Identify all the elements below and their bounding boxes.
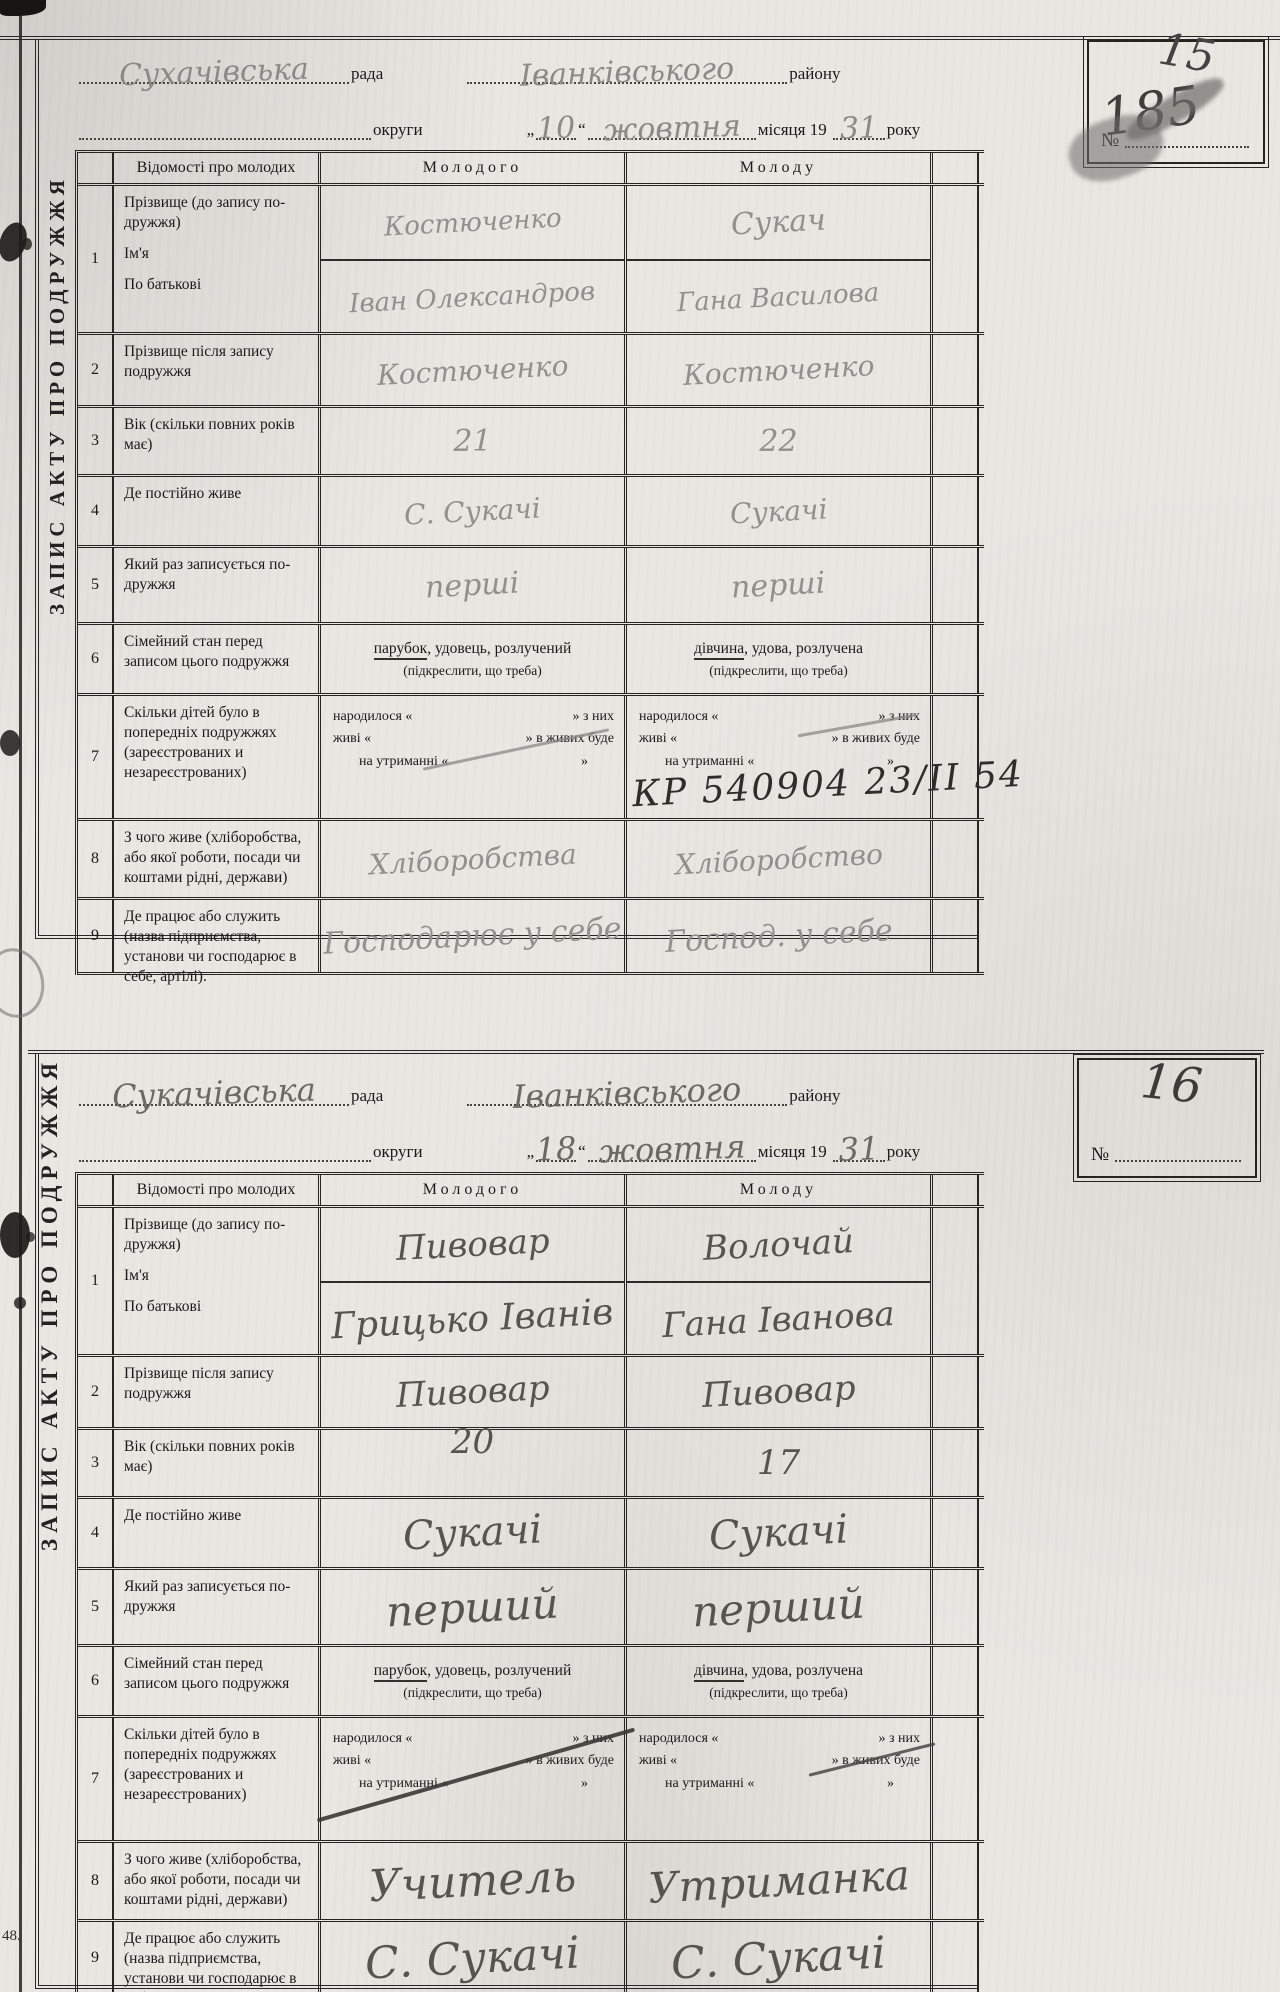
year-value: 31 [838,1129,880,1168]
record-number-box: № 16 [1077,1058,1257,1178]
bride-marital-status: дівчина, удова, розлучена (підкреслити, … [627,1647,933,1715]
row-number: 9 [78,900,114,972]
open-quote: „ [525,1142,537,1162]
groom-name-patronymic: Іван Олександров [349,276,596,319]
close-quote: “ [576,120,588,140]
row-label: Де постійно живе [114,477,321,545]
rada-value: Сухачівська [119,52,310,94]
row-label: Прізвище (до запису по-дружжя) Ім'я По б… [114,186,321,332]
rada-blank: Сухачівська [79,62,349,84]
row-label: Який раз записується по-дружжя [114,1570,321,1644]
rada-label: рада [349,1086,389,1106]
rada-label: рада [349,64,389,84]
no-blank-line [1115,1148,1241,1162]
groom-name-patronymic: Грицько Іванів [331,1292,615,1348]
row-number: 6 [78,1647,114,1715]
row-number: 1 [78,1208,114,1354]
form2-header: Сукачівська рада Іванківського району ок… [39,1054,979,1172]
row-number: 4 [78,1499,114,1567]
month-year-label: місяця 19 [756,1142,833,1162]
table-row: 5 Який раз записується по-дружжя перший … [78,1570,984,1647]
col-header-info: Відомості про молодих [114,1175,321,1205]
groom-occupation: Учитель [368,1850,578,1912]
marriage-record-form-2: ЗАПИС АКТУ ПРО ПОДРУЖЖЯ Сукачівська рада… [35,1054,979,1989]
record-number: 16 [1138,1053,1205,1115]
row-number: 3 [78,1430,114,1496]
bride-marital-status: дівчина, удова, розлучена (підкреслити, … [627,625,933,693]
row-number: 8 [78,1843,114,1919]
row-number: 7 [78,1718,114,1840]
row-number: 2 [78,335,114,405]
groom-residence: Сукачі [402,1506,543,1559]
raion-blank: Іванківського [467,1084,787,1106]
month-blank: жовтня [588,1140,756,1162]
close-quote: “ [576,1142,588,1162]
month-value: жовтня [598,1127,746,1170]
bride-workplace: С. Сукачі [670,1927,887,1989]
bride-age: 17 [757,1443,800,1483]
groom-surname-before: Костюченко [383,203,562,242]
row-label: Вік (скільки повних років має) [114,408,321,474]
groom-workplace: Господарює у себе [323,911,623,962]
groom-surname-before: Пивовар [395,1221,551,1269]
table-header-row: Відомості про молодих Молодого Молоду [78,153,984,186]
table-row: 8 З чого живе (хліборобства, або якої ро… [78,821,984,900]
row-label: Де працює або служить (назва підприємств… [114,1922,321,1992]
row-number: 3 [78,408,114,474]
groom-name-cell: Пивовар Грицько Іванів [321,1208,627,1354]
year-value: 31 [839,110,878,146]
bride-occupation: Утриманка [647,1850,911,1913]
row-label: Прізвище (до запису по-дружжя) Ім'я По б… [114,1208,321,1354]
bride-surname-after: Пивовар [701,1368,857,1416]
groom-which-marriage: перший [385,1578,560,1636]
row-label: Сімейний стан перед записом цього подруж… [114,625,321,693]
month-value: жовтня [602,109,741,149]
year-blank: 31 [833,1140,885,1162]
form1-header: Сухачівська рада Іванківського району ок… [39,40,979,150]
bride-which-marriage: перші [730,565,826,605]
raion-blank: Іванківського [467,62,787,84]
day-value: 18 [535,1129,577,1168]
groom-marital-status: парубок, удовець, розлучений (підкреслит… [321,625,627,693]
okruha-blank [79,118,371,140]
bride-age: 22 [759,424,797,459]
row-label: Скільки дітей було в попередніх подружжя… [114,696,321,818]
row-number: 6 [78,625,114,693]
row-label: Сімейний стан перед записом цього подруж… [114,1647,321,1715]
row-label: Скільки дітей було в попередніх подружжя… [114,1718,321,1840]
row-number: 4 [78,477,114,545]
bride-residence: Сукачі [729,492,828,530]
day-value: 10 [536,110,575,146]
table-row: 5 Який раз записується по-дружжя перші п… [78,548,984,625]
month-blank: жовтня [588,118,756,140]
row-number: 8 [78,821,114,897]
open-quote: „ [525,120,537,140]
year-blank: 31 [833,118,885,140]
row-label: Де працює або служить (назва підприємств… [114,900,321,972]
ink-stain [14,1297,26,1309]
col-header-info: Відомості про молодих [114,153,321,183]
row-label: Прізвище після запису подружжя [114,335,321,405]
groom-marital-status: парубок, удовець, розлучений (підкреслит… [321,1647,627,1715]
groom-which-marriage: перші [424,565,520,605]
groom-workplace: С. Сукачі [364,1927,581,1989]
table-row: 4 Де постійно живе Сукачі Сукачі [78,1499,984,1570]
bride-surname-after: Костюченко [682,349,875,392]
bride-name-cell: Сукач Гана Василова [627,186,933,332]
rada-value: Сукачівська [112,1070,317,1115]
date-part: „ 10 “ жовтня місяця 19 31 року [525,118,927,140]
row-label: Де постійно живе [114,1499,321,1567]
year-suffix-label: року [885,1142,927,1162]
raion-label: району [787,64,846,84]
table-row: 1 Прізвище (до запису по-дружжя) Ім'я По… [78,1208,984,1357]
groom-name-cell: Костюченко Іван Олександров [321,186,627,332]
ink-stain [26,1232,35,1242]
date-part: „ 18 “ жовтня місяця 19 31 року [525,1140,927,1162]
no-label: № [1091,1144,1109,1166]
table-row: 6 Сімейний стан перед записом цього подр… [78,1647,984,1718]
day-blank: 18 [536,1140,576,1162]
table-row: 1 Прізвище (до запису по-дружжя) Ім'я По… [78,186,984,335]
table-row: 4 Де постійно живе С. Сукачі Сукачі [78,477,984,548]
table-row: 3 Вік (скільки повних років має) 20 17 [78,1430,984,1499]
okruha-blank [79,1140,371,1162]
col-header-groom: Молодого [321,153,627,183]
table-row: 8 З чого живе (хліборобства, або якої ро… [78,1843,984,1922]
groom-age: 21 [453,424,491,459]
bride-surname-before: Волочай [702,1221,855,1269]
table-row: 9 Де працює або служить (назва підприємс… [78,1922,984,1992]
groom-residence: С. Сукачі [403,491,541,531]
bride-children-cell: народилося «» з них живі «» в живих буде… [627,1718,933,1840]
rada-raion-line: Сукачівська рада Іванківського району [79,1084,979,1106]
row-label: Який раз записується по-дружжя [114,548,321,622]
rada-raion-line: Сухачівська рада Іванківського району [79,62,979,84]
record-number: 15 [1155,24,1219,84]
record-table: Відомості про молодих Молодого Молоду 1 … [75,1172,984,1992]
row-number: 1 [78,186,114,332]
raion-label: району [787,1086,846,1106]
row-label: З чого живе (хліборобства, або якої робо… [114,821,321,897]
bride-workplace: Господ. у себе [664,913,893,960]
okruha-date-line: округи „ 10 “ жовтня місяця 19 31 року [79,118,979,140]
table-row: 2 Прізвище після запису подружжя Пивовар… [78,1357,984,1430]
groom-children-cell: народилося «» з них живі «» в живих буде… [321,696,627,818]
day-blank: 10 [536,118,576,140]
table-row: 7 Скільки дітей було в попередніх подруж… [78,1718,984,1843]
bride-which-marriage: перший [691,1578,866,1636]
okruha-label: округи [371,120,429,140]
groom-surname-after: Пивовар [395,1368,551,1416]
groom-occupation: Хліборобства [368,837,577,881]
bride-name-cell: Волочай Гана Іванова [627,1208,933,1354]
table-row: 2 Прізвище після запису подружжя Костюче… [78,335,984,408]
ink-stain [0,0,46,16]
row-label: Прізвище після запису подружжя [114,1357,321,1427]
row-number: 7 [78,696,114,818]
year-suffix-label: року [885,120,927,140]
groom-children-cell: народилося «» з них живі «» в живих буде… [321,1718,627,1840]
ink-stain [0,730,20,756]
bride-surname-before: Сукач [730,203,827,243]
table-row: 6 Сімейний стан перед записом цього подр… [78,625,984,696]
col-header-groom: Молодого [321,1175,627,1205]
ink-stain [22,238,32,250]
bride-occupation: Хліборобство [674,837,883,881]
table-row: 9 Де працює або служить (назва підприємс… [78,900,984,975]
record-table: Відомості про молодих Молодого Молоду 1 … [75,150,984,975]
okruha-date-line: округи „ 18 “ жовтня місяця 19 31 року [79,1140,979,1162]
bride-residence: Сукачі [708,1506,849,1559]
row-number: 9 [78,1922,114,1992]
table-header-row: Відомості про молодих Молодого Молоду [78,1175,984,1208]
row-label: З чого живе (хліборобства, або якої робо… [114,1843,321,1919]
okruha-label: округи [371,1142,429,1162]
groom-age: 20 [451,1422,494,1462]
col-header-bride: Молоду [627,1175,933,1205]
page-number: 48. [2,1928,21,1945]
row-label: Вік (скільки повних років має) [114,1430,321,1496]
table-row: 3 Вік (скільки повних років має) 21 22 [78,408,984,477]
row-number: 5 [78,1570,114,1644]
col-header-bride: Молоду [627,153,933,183]
month-year-label: місяця 19 [756,120,833,140]
rada-blank: Сукачівська [79,1084,349,1106]
bride-name-patronymic: Гана Іванова [661,1293,895,1345]
raion-value: Іванківського [512,1070,742,1116]
row-number: 2 [78,1357,114,1427]
row-number: 5 [78,548,114,622]
bride-name-patronymic: Гана Василова [677,277,881,318]
groom-surname-after: Костюченко [376,349,569,392]
raion-value: Іванківського [520,51,735,93]
side-title: ЗАПИС АКТУ ПРО ПОДРУЖЖЯ [45,170,70,620]
